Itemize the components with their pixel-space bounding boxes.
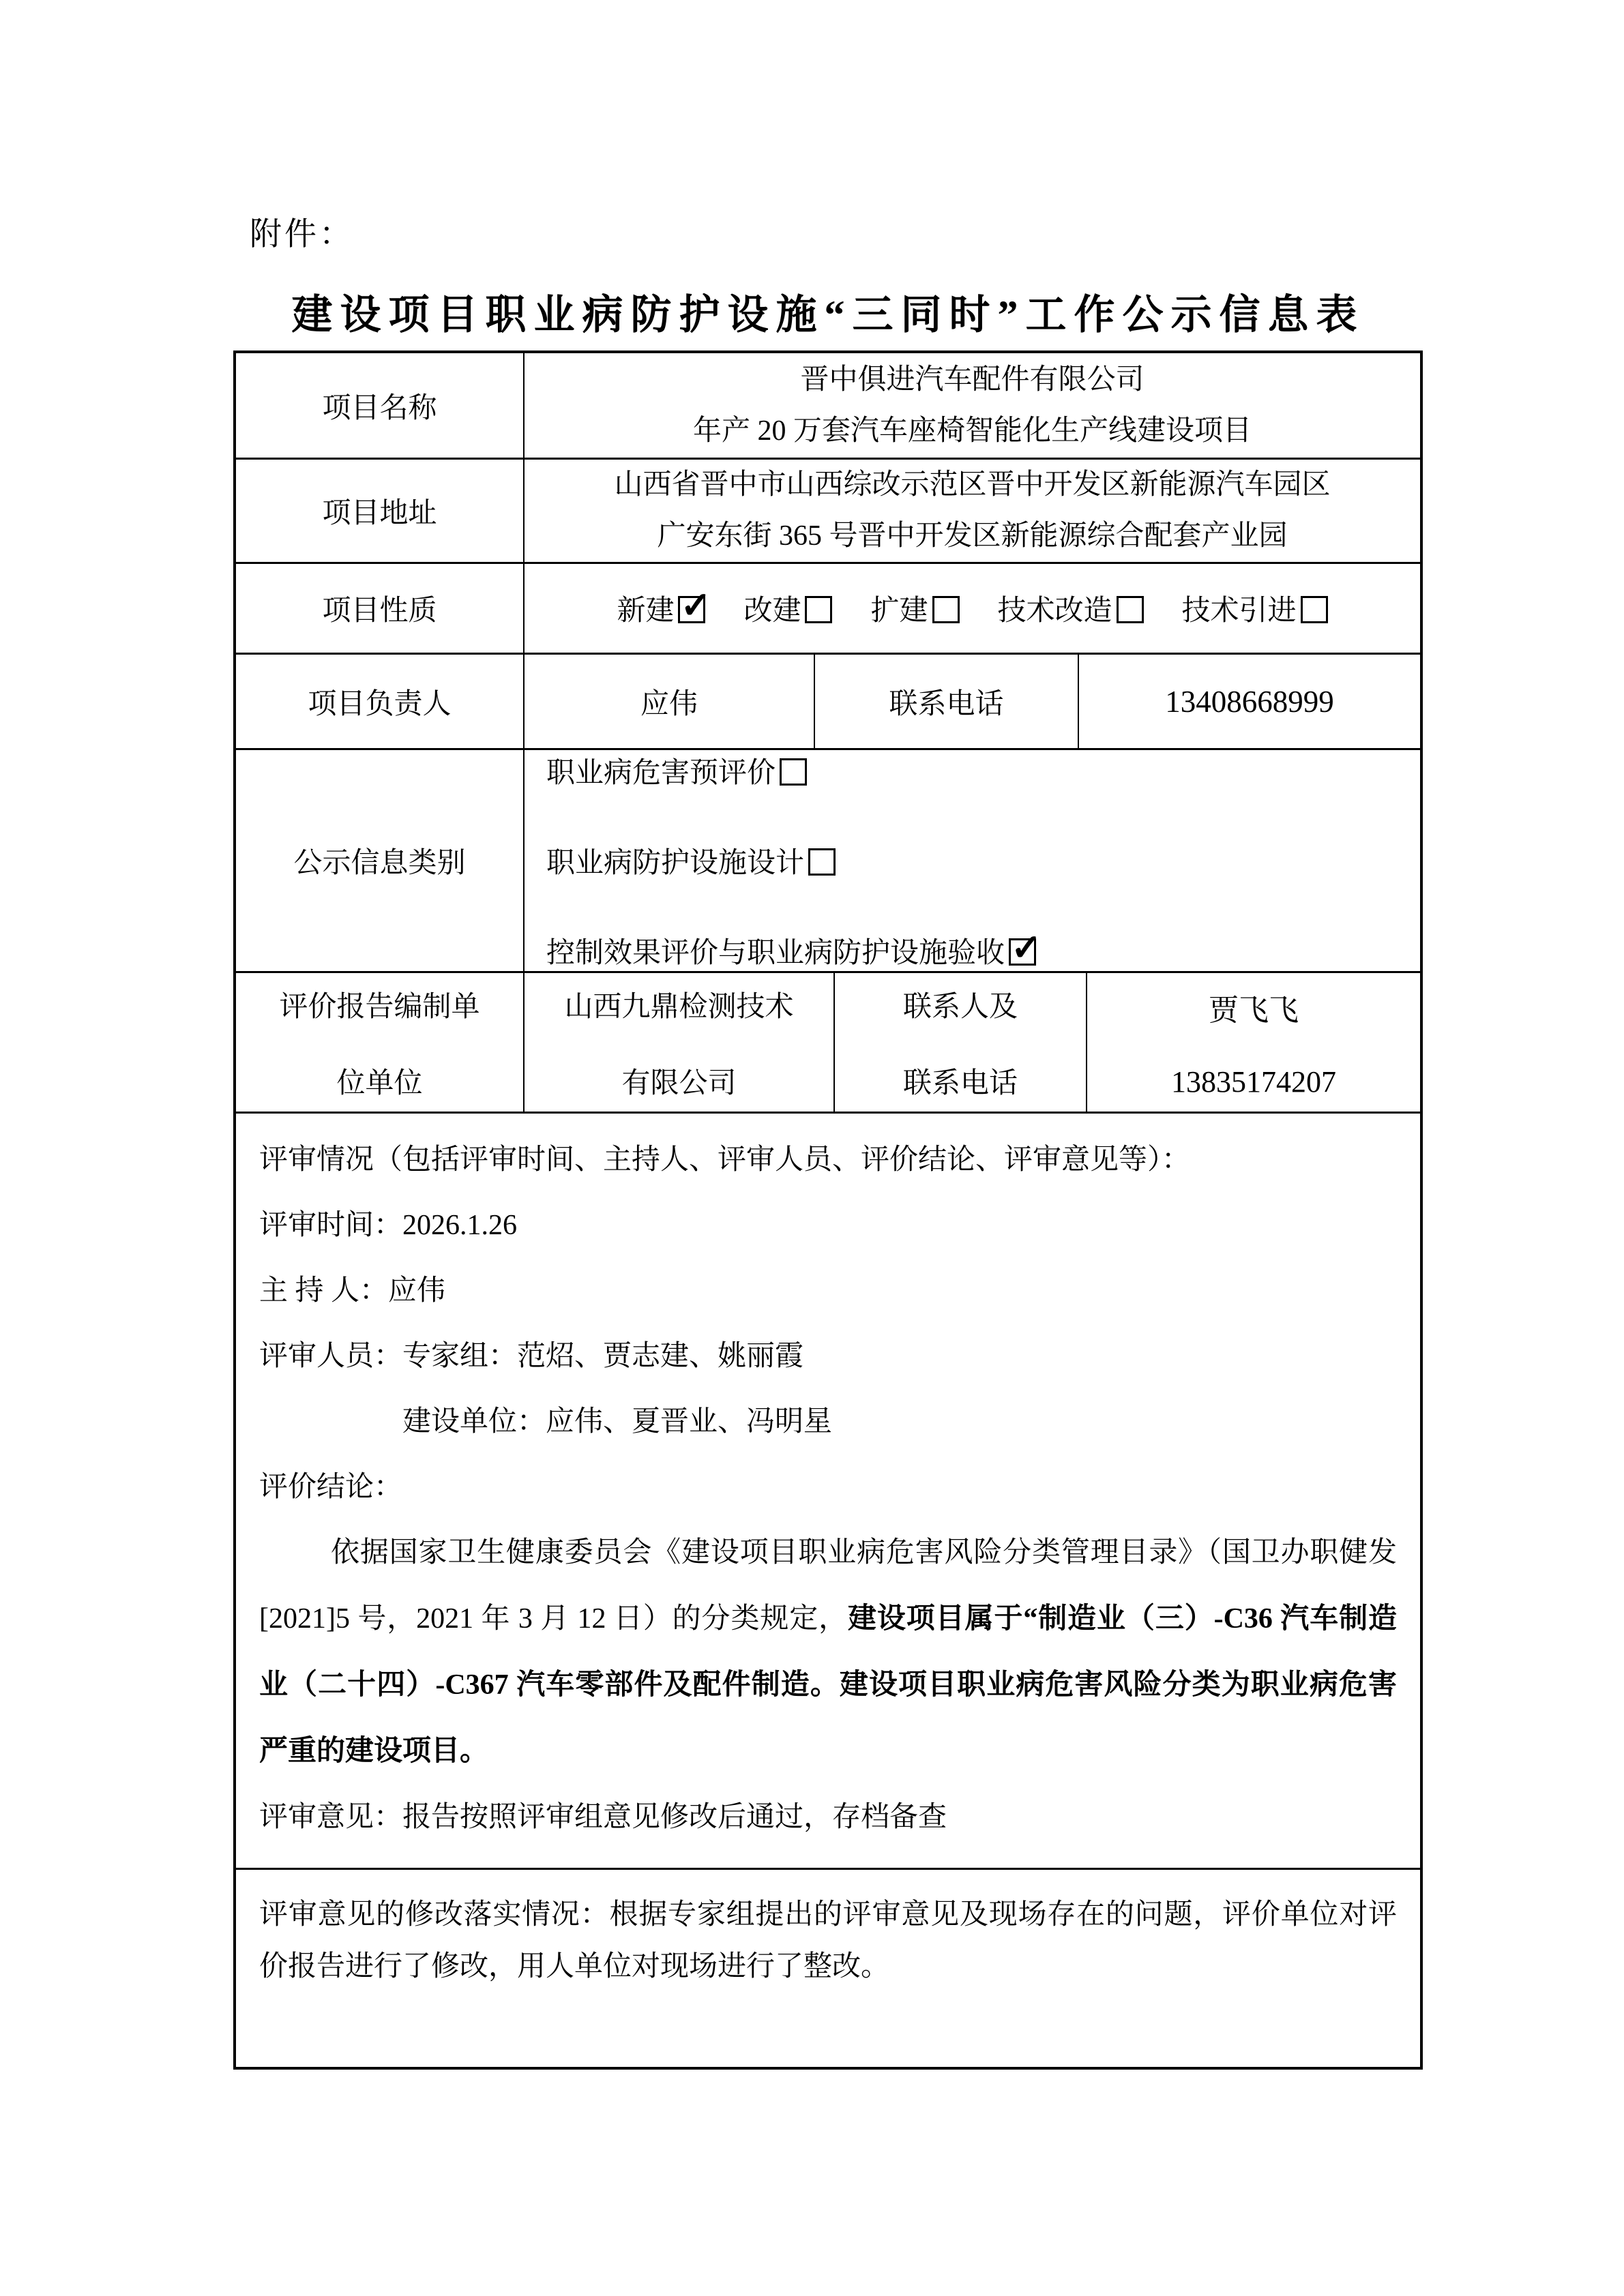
info-category-label: 公示信息类别 xyxy=(236,750,523,971)
report-unit-contact-label: 联系人及 联系电话 xyxy=(833,973,1086,1112)
review-opinion: 评审意见：报告按照评审组意见修改后通过，存档备查 xyxy=(259,1785,1397,1850)
project-address-label: 项目地址 xyxy=(236,460,523,562)
row-project-nature: 项目性质 新建✓ 改建 扩建 技术改造 技术引进 xyxy=(236,562,1420,653)
implementation-content: 评审意见的修改落实情况：根据专家组提出的评审意见及现场存在的问题，评价单位对评价… xyxy=(236,1870,1420,2067)
nature-option-rebuild: 改建 xyxy=(743,588,832,629)
check-mark-icon: ✓ xyxy=(1011,929,1042,966)
row-project-address: 项目地址 山西省晋中市山西综改示范区晋中开发区新能源汽车园区 广安东街 365 … xyxy=(236,458,1420,562)
implementation-text: 评审意见的修改落实情况：根据专家组提出的评审意见及现场存在的问题，评价单位对评价… xyxy=(259,1883,1397,1993)
review-construction-unit: 建设单位：应伟、夏晋业、冯明星 xyxy=(259,1389,1397,1455)
report-unit-name-line2: 有限公司 xyxy=(621,1060,736,1101)
report-unit-label: 评价报告编制单 位单位 xyxy=(236,973,523,1112)
review-conclusion-label: 评价结论： xyxy=(259,1455,1397,1520)
document-title: 建设项目职业病防护设施“三同时”工作公示信息表 xyxy=(233,282,1423,341)
project-name-line2: 年产 20 万套汽车座椅智能化生产线建设项目 xyxy=(693,406,1252,457)
report-unit-name-line1: 山西九鼎检测技术 xyxy=(564,984,793,1025)
nature-option-tech-import-text: 技术引进 xyxy=(1182,595,1297,627)
project-manager-phone: 13408668999 xyxy=(1078,655,1420,748)
row-review-details: 评审情况（包括评审时间、主持人、评审人员、评价结论、评审意见等）： 评审时间：2… xyxy=(236,1112,1420,1868)
page: { "page": { "attachment": "附件：", "title"… xyxy=(0,0,1624,2296)
info-option-facility-design-text: 职业病防护设施设计 xyxy=(546,848,804,879)
info-option-acceptance: 控制效果评价与职业病防护设施验收✓ xyxy=(546,930,1036,971)
checkbox-checked-icon: ✓ xyxy=(1009,938,1036,966)
nature-option-new-text: 新建 xyxy=(617,595,674,627)
review-heading: 评审情况（包括评审时间、主持人、评审人员、评价结论、评审意见等）： xyxy=(259,1127,1397,1193)
review-details-content: 评审情况（包括评审时间、主持人、评审人员、评价结论、评审意见等）： 评审时间：2… xyxy=(236,1114,1420,1868)
row-info-category: 公示信息类别 职业病危害预评价 职业病防护设施设计 控制效果评价与职业病防护设施… xyxy=(236,748,1420,971)
report-unit-name: 山西九鼎检测技术 有限公司 xyxy=(523,973,833,1112)
row-report-unit: 评价报告编制单 位单位 山西九鼎检测技术 有限公司 联系人及 联系电话 贾飞飞 … xyxy=(236,971,1420,1112)
checkbox-unchecked-icon xyxy=(1117,596,1144,623)
report-unit-contact-phone: 13835174207 xyxy=(1171,1064,1336,1099)
project-address-value: 山西省晋中市山西综改示范区晋中开发区新能源汽车园区 广安东街 365 号晋中开发… xyxy=(523,460,1420,562)
info-option-pre-evaluation-text: 职业病危害预评价 xyxy=(546,758,776,789)
report-unit-label-line1: 评价报告编制单 xyxy=(279,984,479,1025)
review-time: 评审时间：2026.1.26 xyxy=(259,1193,1397,1258)
project-nature-options: 新建✓ 改建 扩建 技术改造 技术引进 xyxy=(523,564,1420,653)
report-unit-contact-value: 贾飞飞 13835174207 xyxy=(1086,973,1420,1112)
nature-option-tech-upgrade-text: 技术改造 xyxy=(998,595,1112,627)
checkbox-unchecked-icon xyxy=(808,848,836,876)
attachment-note: 附件： xyxy=(250,209,354,254)
checkbox-unchecked-icon xyxy=(1301,596,1328,623)
checkbox-unchecked-icon xyxy=(932,596,960,623)
nature-option-tech-import: 技术引进 xyxy=(1182,588,1328,629)
report-unit-label-line2: 位单位 xyxy=(336,1060,422,1101)
nature-option-expand: 扩建 xyxy=(870,588,959,629)
project-address-line2: 广安东街 365 号晋中开发区新能源综合配套产业园 xyxy=(657,511,1287,562)
info-table: 项目名称 晋中俱进汽车配件有限公司 年产 20 万套汽车座椅智能化生产线建设项目… xyxy=(233,351,1423,2070)
report-unit-contact-label-line1: 联系人及 xyxy=(903,984,1018,1025)
row-implementation: 评审意见的修改落实情况：根据专家组提出的评审意见及现场存在的问题，评价单位对评价… xyxy=(236,1868,1420,2067)
nature-option-new: 新建✓ xyxy=(617,588,705,629)
project-address-line1: 山西省晋中市山西综改示范区晋中开发区新能源汽车园区 xyxy=(614,460,1330,511)
info-option-pre-evaluation: 职业病危害预评价 xyxy=(546,750,807,791)
info-option-acceptance-text: 控制效果评价与职业病防护设施验收 xyxy=(546,938,1005,969)
row-project-name: 项目名称 晋中俱进汽车配件有限公司 年产 20 万套汽车座椅智能化生产线建设项目 xyxy=(236,353,1420,458)
info-category-options: 职业病危害预评价 职业病防护设施设计 控制效果评价与职业病防护设施验收✓ xyxy=(523,750,1420,971)
row-project-manager: 项目负责人 应伟 联系电话 13408668999 xyxy=(236,653,1420,748)
project-name-line1: 晋中俱进汽车配件有限公司 xyxy=(800,355,1144,406)
project-name-label: 项目名称 xyxy=(236,353,523,458)
nature-option-expand-text: 扩建 xyxy=(870,595,928,627)
review-experts: 评审人员：专家组：范炤、贾志建、姚丽霞 xyxy=(259,1324,1397,1389)
project-name-value: 晋中俱进汽车配件有限公司 年产 20 万套汽车座椅智能化生产线建设项目 xyxy=(523,353,1420,458)
project-manager-phone-label: 联系电话 xyxy=(814,655,1078,748)
project-manager-label: 项目负责人 xyxy=(236,655,523,748)
review-host: 主 持 人：应伟 xyxy=(259,1258,1397,1324)
report-unit-contact-person: 贾飞飞 xyxy=(1209,985,1299,1029)
nature-option-rebuild-text: 改建 xyxy=(743,595,801,627)
checkbox-unchecked-icon xyxy=(780,758,807,786)
check-mark-icon: ✓ xyxy=(680,587,711,624)
project-nature-label: 项目性质 xyxy=(236,564,523,653)
checkbox-unchecked-icon xyxy=(805,596,832,623)
nature-option-tech-upgrade: 技术改造 xyxy=(998,588,1144,629)
info-option-facility-design: 职业病防护设施设计 xyxy=(546,840,836,881)
checkbox-checked-icon: ✓ xyxy=(678,596,705,623)
report-unit-contact-label-line2: 联系电话 xyxy=(903,1060,1018,1101)
review-conclusion-paragraph: 依据国家卫生健康委员会《建设项目职业病危害风险分类管理目录》（国卫办职健发[20… xyxy=(259,1520,1397,1785)
project-manager-name: 应伟 xyxy=(523,655,814,748)
